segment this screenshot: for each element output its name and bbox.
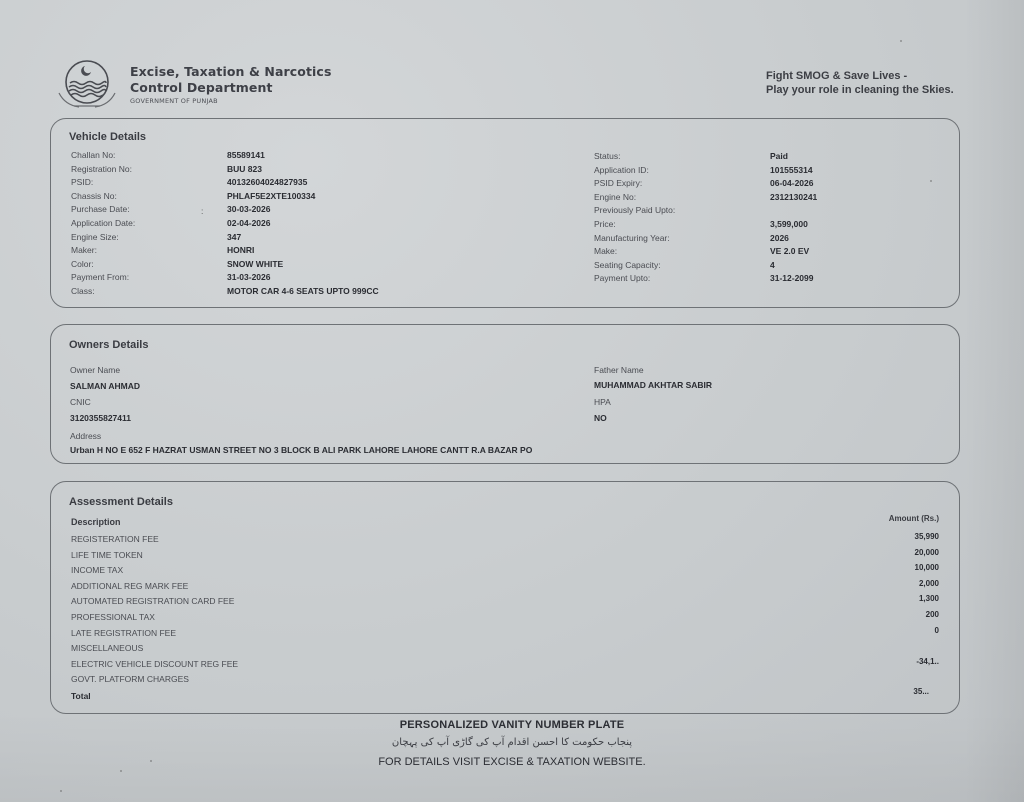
vehicle-field-value: 2026 [770, 233, 789, 243]
vehicle-field-value: 3,599,000 [770, 219, 808, 229]
assessment-row-amount: 10,000 [915, 563, 939, 572]
address-value: Urban H NO E 652 F HAZRAT USMAN STREET N… [70, 445, 532, 455]
vehicle-field-value: Paid [770, 151, 788, 161]
vehicle-field-label: Seating Capacity: [594, 260, 661, 270]
vehicle-field-label: Status: [594, 151, 620, 161]
vehicle-field-value: 40132604024827935 [227, 177, 307, 187]
vehicle-field-label: Payment Upto: [594, 273, 650, 283]
punjab-emblem-icon [56, 57, 118, 111]
assessment-row-amount: 1,300 [919, 594, 939, 603]
assessment-row-description: MISCELLANEOUS [71, 643, 143, 653]
assessment-row-amount: 35,990 [915, 532, 939, 541]
vanity-plate-title: PERSONALIZED VANITY NUMBER PLATE [0, 719, 1024, 731]
assessment-row-description: REGISTERATION FEE [71, 534, 159, 544]
vehicle-field-label: Registration No: [71, 164, 132, 174]
website-notice: FOR DETAILS VISIT EXCISE & TAXATION WEBS… [0, 756, 1024, 768]
vehicle-field-label: Price: [594, 219, 616, 229]
paper-shadow [964, 0, 1024, 802]
hpa-label: HPA [594, 397, 611, 407]
assessment-row-description: ELECTRIC VEHICLE DISCOUNT REG FEE [71, 659, 238, 669]
vehicle-field-label: Class: [71, 286, 95, 296]
urdu-slogan: پنجاب حکومت کا احسن اقدام آپ کی گاڑی آپ … [0, 737, 1024, 748]
paper-speck [60, 790, 62, 792]
vehicle-field-label: Engine Size: [71, 232, 119, 242]
department-name: Excise, Taxation & Narcotics Control Dep… [130, 64, 331, 96]
vehicle-field-value: SNOW WHITE [227, 259, 283, 269]
vehicle-field-label: Payment From: [71, 272, 129, 282]
vehicle-field-value: MOTOR CAR 4-6 SEATS UPTO 999CC [227, 286, 379, 296]
vehicle-field-label: Chassis No: [71, 191, 117, 201]
assessment-row-description: LATE REGISTRATION FEE [71, 628, 176, 638]
assessment-row-amount: 0 [935, 626, 939, 635]
address-label: Address [70, 431, 101, 441]
cnic-value: 3120355827411 [70, 413, 131, 423]
vehicle-details-section: Vehicle Details Challan No:85589141Regis… [50, 118, 960, 308]
vehicle-field-value: 31-03-2026 [227, 272, 270, 282]
paper-speck [150, 760, 152, 762]
slogan-line2: Play your role in cleaning the Skies. [766, 83, 954, 97]
vehicle-field-value: 31-12-2099 [770, 273, 813, 283]
assessment-row-description: GOVT. PLATFORM CHARGES [71, 674, 189, 684]
vehicle-field-value: PHLAF5E2XTE100334 [227, 191, 315, 201]
vehicle-field-label: Application ID: [594, 165, 649, 175]
government-label: GOVERNMENT OF PUNJAB [130, 97, 218, 105]
cnic-label: CNIC [70, 397, 91, 407]
vehicle-field-label: PSID: [71, 177, 93, 187]
assessment-details-section: Assessment Details Description Amount (R… [50, 481, 960, 714]
vehicle-field-value: VE 2.0 EV [770, 246, 809, 256]
total-label: Total [71, 691, 91, 701]
assessment-row-amount: 200 [926, 610, 939, 619]
vehicle-field-value: 2312130241 [770, 192, 817, 202]
vehicle-field-label: Engine No: [594, 192, 636, 202]
vehicle-field-label: PSID Expiry: [594, 178, 642, 188]
assessment-row-description: ADDITIONAL REG MARK FEE [71, 581, 188, 591]
paper-speck [930, 180, 932, 182]
owners-details-section: Owners Details Owner Name SALMAN AHMAD C… [50, 324, 960, 464]
vehicle-field-value: 30-03-2026 [227, 204, 270, 214]
vehicle-field-label: Color: [71, 259, 94, 269]
section-title: Owners Details [69, 339, 148, 351]
vehicle-field-label: Maker: [71, 245, 97, 255]
assessment-row-description: PROFESSIONAL TAX [71, 612, 155, 622]
vehicle-field-value: HONRI [227, 245, 254, 255]
vehicle-field-value: 06-04-2026 [770, 178, 813, 188]
vehicle-field-value: 02-04-2026 [227, 218, 270, 228]
vehicle-field-value: 85589141 [227, 150, 265, 160]
father-name-value: MUHAMMAD AKHTAR SABIR [594, 380, 712, 390]
purchase-date-colon: : [201, 206, 203, 216]
assessment-row-description: INCOME TAX [71, 565, 123, 575]
total-amount: 35... [913, 687, 929, 696]
section-title: Vehicle Details [69, 131, 146, 143]
assessment-row-amount: 20,000 [915, 548, 939, 557]
department-line2: Control Department [130, 80, 331, 96]
assessment-row-amount: -34,1.. [916, 657, 939, 666]
assessment-row-description: AUTOMATED REGISTRATION CARD FEE [71, 596, 234, 606]
vehicle-field-value: 4 [770, 260, 775, 270]
vehicle-field-label: Manufacturing Year: [594, 233, 670, 243]
amount-header: Amount (Rs.) [889, 514, 939, 523]
vehicle-field-value: BUU 823 [227, 164, 262, 174]
assessment-row-description: LIFE TIME TOKEN [71, 550, 143, 560]
vehicle-field-value: 347 [227, 232, 241, 242]
vehicle-field-value: 101555314 [770, 165, 813, 175]
vehicle-field-label: Application Date: [71, 218, 135, 228]
description-header: Description [71, 517, 121, 527]
section-title: Assessment Details [69, 496, 173, 508]
paper-speck [900, 40, 902, 42]
owner-name-value: SALMAN AHMAD [70, 381, 140, 391]
vehicle-field-label: Purchase Date: [71, 204, 130, 214]
paper-speck [120, 770, 122, 772]
smog-slogan: Fight SMOG & Save Lives - Play your role… [766, 69, 954, 97]
slogan-line1: Fight SMOG & Save Lives - [766, 69, 954, 83]
vehicle-field-label: Make: [594, 246, 617, 256]
department-line1: Excise, Taxation & Narcotics [130, 64, 331, 80]
hpa-value: NO [594, 413, 607, 423]
vehicle-field-label: Previously Paid Upto: [594, 205, 675, 215]
vehicle-field-label: Challan No: [71, 150, 115, 160]
assessment-row-amount: 2,000 [919, 579, 939, 588]
owner-name-label: Owner Name [70, 365, 120, 375]
father-name-label: Father Name [594, 365, 644, 375]
